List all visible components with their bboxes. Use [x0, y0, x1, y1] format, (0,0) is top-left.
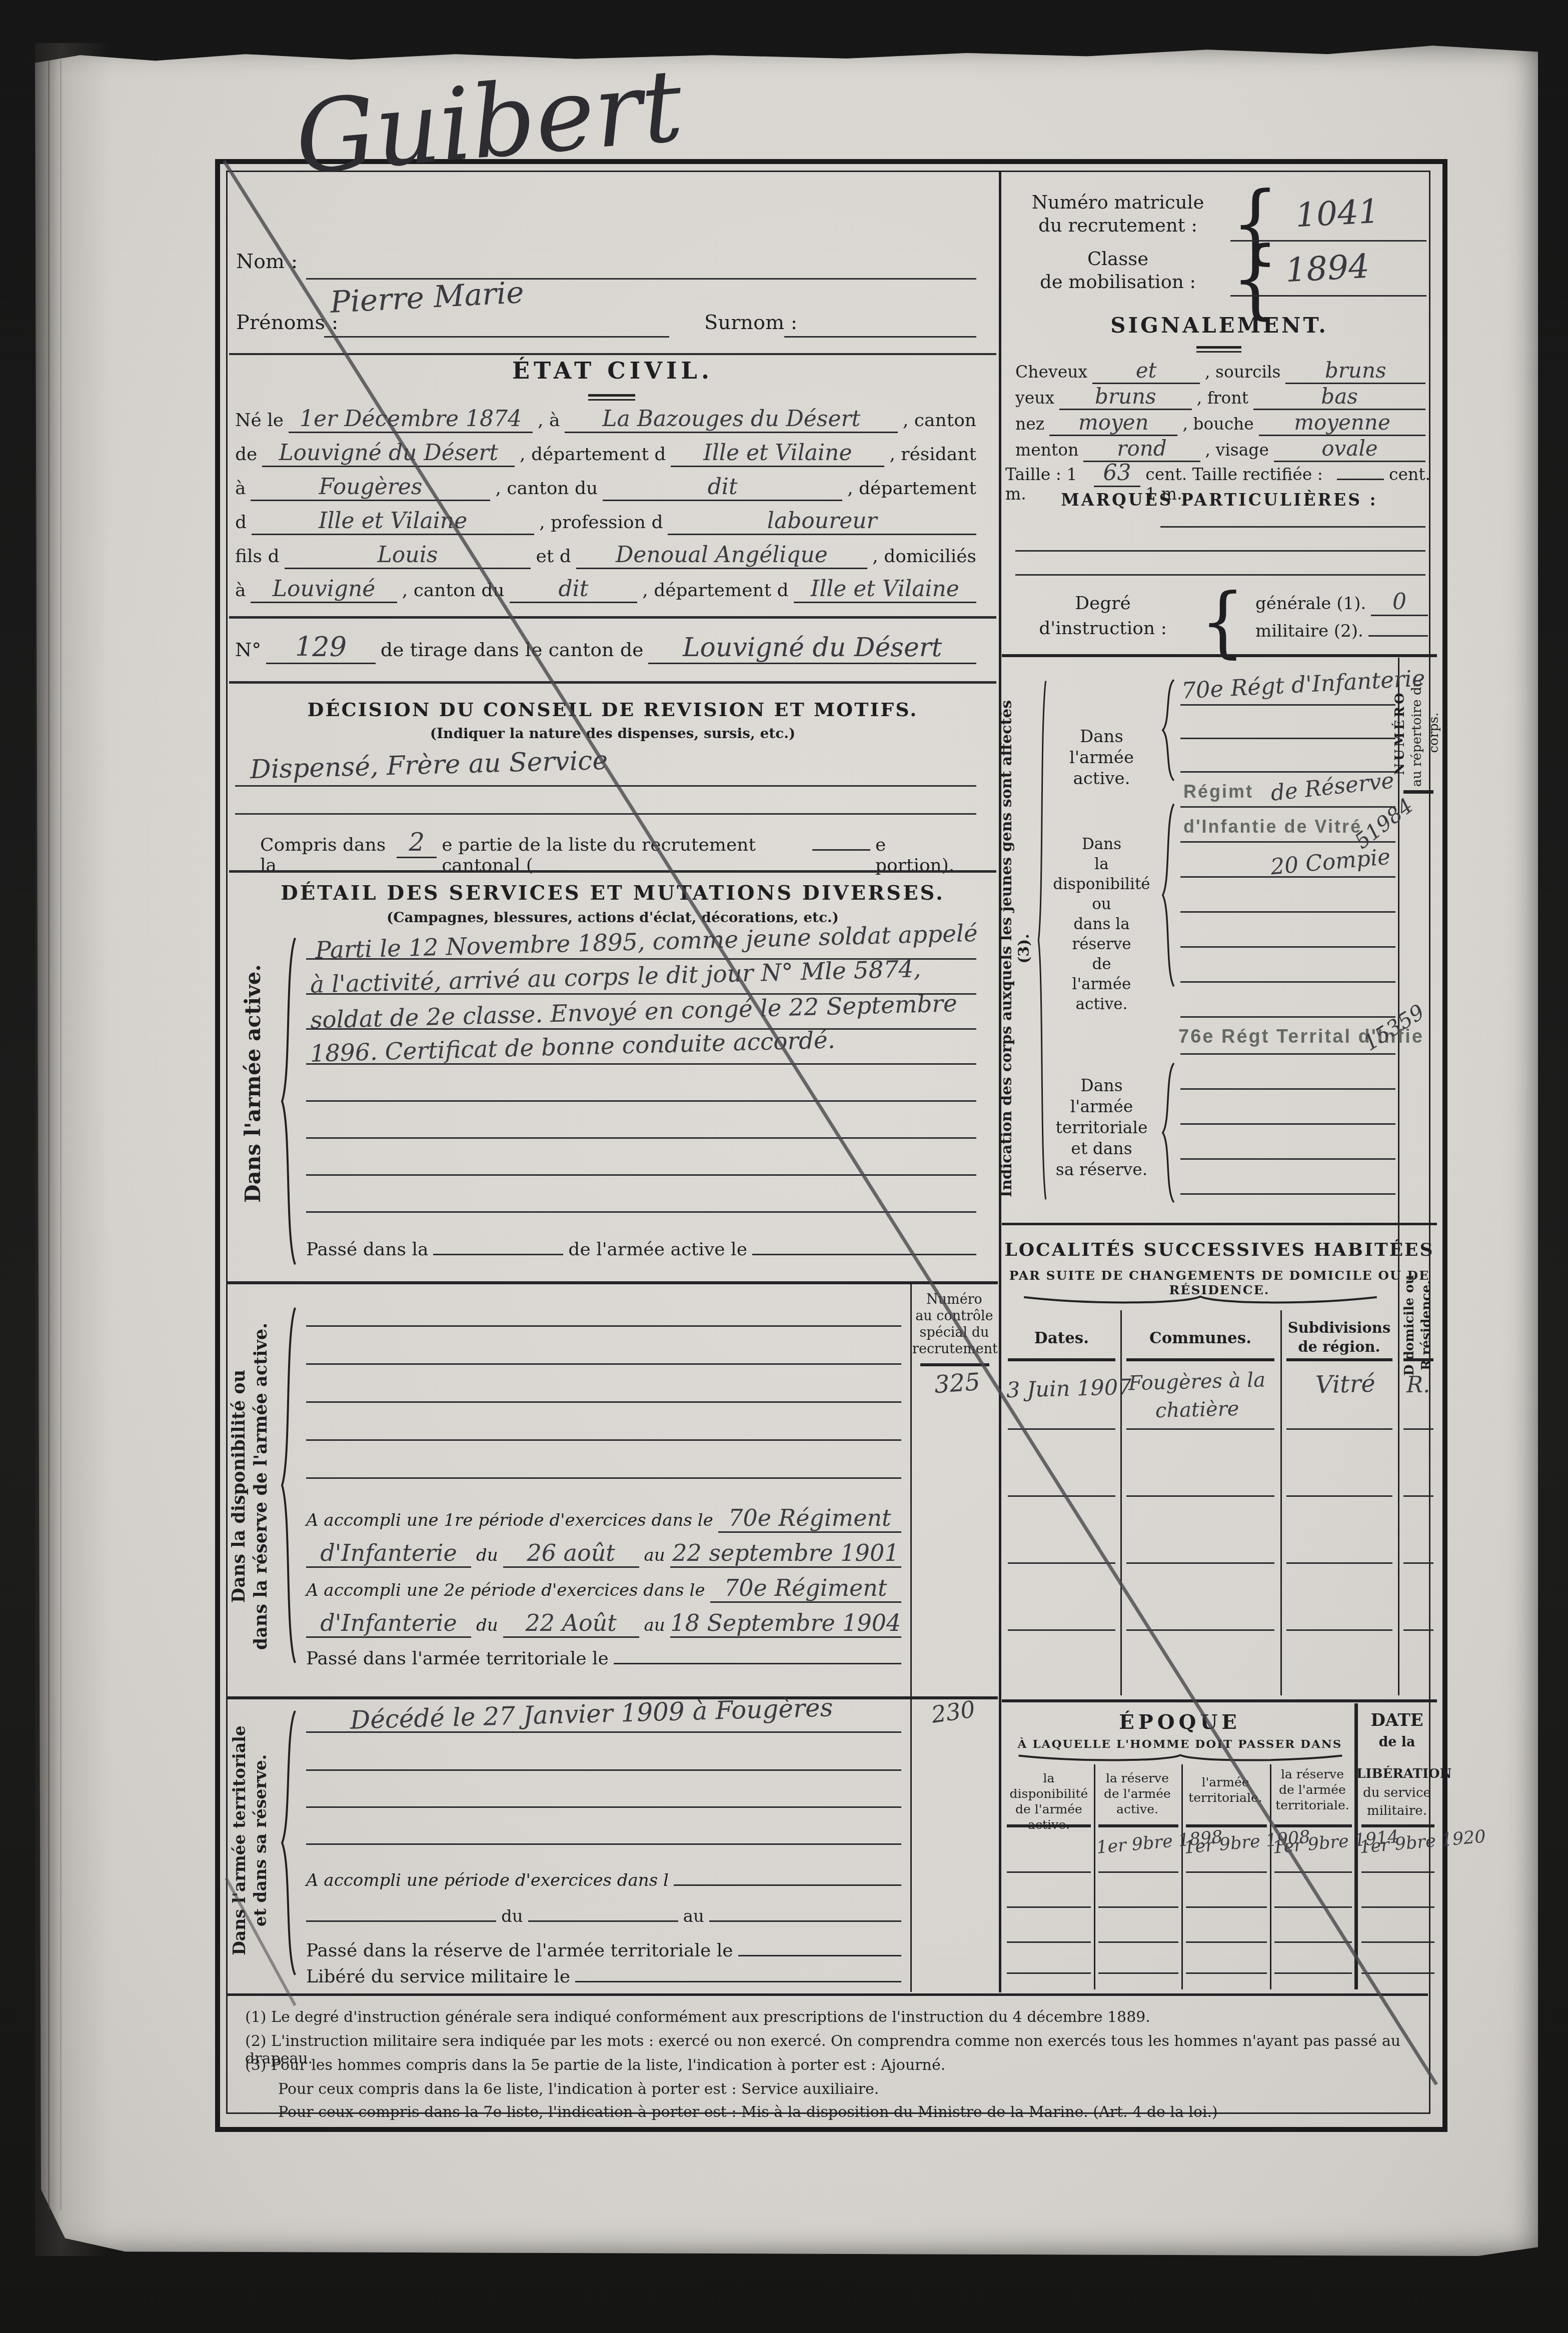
- localites-row-line: [1403, 1629, 1433, 1631]
- l2: de région.: [1285, 1337, 1393, 1356]
- controle-value-1: 325: [933, 1368, 981, 1399]
- signalement-row-yeux: yeux bruns , front bas: [1015, 384, 1425, 410]
- epoque-row-line: [1186, 1906, 1267, 1908]
- etat-civil-ornament: [588, 394, 635, 401]
- controle-h1: Numéro: [912, 1291, 996, 1308]
- value: Ille et Vilaine: [252, 508, 534, 535]
- l3: ou: [1048, 894, 1155, 914]
- label: Passé dans la réserve de l'armée territo…: [306, 1940, 733, 1961]
- compris-portion-blank: [812, 849, 870, 851]
- periode1-row1: A accompli une 1re période d'exercices d…: [306, 1504, 901, 1533]
- etat-civil-title: ÉTAT CIVIL.: [229, 357, 996, 384]
- label: Libéré du service militaire le: [306, 1966, 570, 1987]
- epoque-vline: [1270, 1764, 1271, 1989]
- epoque-date-l2: de la: [1359, 1734, 1434, 1750]
- compris-row: Compris dans la 2 e partie de la liste d…: [260, 828, 960, 876]
- brace-territoriale: [278, 1705, 298, 1980]
- value: Louvigné du Désert: [262, 440, 515, 467]
- blank: [433, 1254, 563, 1255]
- epoque-row-line: [1361, 1871, 1434, 1873]
- libere-row: Libéré du service militaire le: [306, 1966, 901, 1987]
- blank: [738, 1955, 901, 1956]
- matricule-l1: Numéro matricule: [1010, 191, 1225, 214]
- l3: et dans: [1048, 1138, 1155, 1159]
- ruled-line: [1180, 1088, 1395, 1090]
- value: La Bazouges du Désert: [565, 406, 898, 433]
- value: 22 Août: [503, 1609, 639, 1638]
- tirage-no-value: 129: [266, 631, 376, 664]
- classe-value: 1894: [1284, 247, 1370, 290]
- ruled-line: [1180, 806, 1395, 808]
- ruled-line: [1180, 981, 1395, 983]
- controle-h4: recrutement.: [912, 1341, 996, 1357]
- value: Denoual Angélique: [576, 542, 868, 569]
- dispo-side-l1: Dans la disponibilité ou: [228, 1286, 250, 1686]
- ruled-line: [1015, 550, 1425, 552]
- ruled-line: [306, 1137, 976, 1139]
- ruled-line: [306, 1100, 976, 1102]
- epoque-swash: [1015, 1752, 1345, 1763]
- controle-header-rule: [920, 1363, 989, 1366]
- prenoms-underline: [324, 336, 669, 338]
- epoque-date-l3: LIBÉRATION: [1356, 1766, 1436, 1781]
- label: , département d: [520, 444, 666, 465]
- blank: [306, 1920, 496, 1922]
- armee-active-side-label: Dans l'armée active.: [241, 894, 265, 1274]
- label: , sourcils: [1205, 362, 1280, 382]
- brace-corps-active: [1159, 678, 1176, 783]
- value: Fougères: [251, 474, 490, 501]
- epoque-col3-header: l'armée territoriale.: [1184, 1774, 1267, 1805]
- value: 22 septembre 1901: [670, 1539, 901, 1568]
- value: rond: [1083, 436, 1200, 462]
- localites-col-communes: Communes.: [1125, 1329, 1275, 1347]
- signalement-row-cheveux: Cheveux et , sourcils bruns: [1015, 358, 1425, 384]
- label: et d: [536, 546, 571, 567]
- ruled-line: [1180, 1123, 1395, 1125]
- label: au: [683, 1906, 704, 1926]
- controle-header: Numéro au contrôle spécial du recrutemen…: [912, 1291, 996, 1357]
- label: , front: [1197, 388, 1248, 408]
- label: cent.: [1389, 465, 1430, 484]
- localites-row-line: [1403, 1495, 1433, 1497]
- decision-subtitle: (Indiquer la nature des dispenses, sursi…: [229, 725, 996, 742]
- l1: Subdivisions: [1285, 1318, 1393, 1337]
- footnote-5: Pour ceux compris dans la 7e liste, l'in…: [278, 2103, 1423, 2121]
- corps-dispo-label: Dans la disponibilité ou dans la réserve…: [1048, 834, 1155, 1014]
- epoque-date-l4: du service: [1359, 1785, 1434, 1800]
- ruled-line: [306, 1028, 976, 1030]
- epoque-row-line: [1361, 1972, 1434, 1974]
- value: Louis: [285, 542, 531, 569]
- l2: territoriale: [1048, 1117, 1155, 1138]
- block-divider: [228, 1281, 998, 1284]
- footnote-1: (1) Le degré d'instruction générale sera…: [245, 2008, 1420, 2026]
- etat-civil-line6: à Louvigné , canton du dit , département…: [235, 576, 976, 603]
- label: , bouche: [1182, 414, 1254, 434]
- localites-row-line: [1126, 1495, 1274, 1497]
- compris-label-c: e portion).: [875, 835, 960, 876]
- l2: la disponibilité: [1048, 854, 1155, 894]
- value: 0: [1371, 589, 1428, 616]
- ruled-line: [1180, 1053, 1395, 1055]
- value: bruns: [1285, 358, 1425, 384]
- label: du: [476, 1545, 498, 1565]
- localites-row-line: [1008, 1629, 1115, 1631]
- etat-civil-line3: à Fougères , canton du dit , département: [235, 474, 976, 501]
- epoque-row-line: [1007, 1871, 1091, 1873]
- epoque-vline: [1181, 1764, 1183, 1989]
- ruled-line: [306, 1401, 901, 1403]
- localites-row-line: [1008, 1428, 1115, 1430]
- label: , domiciliés: [872, 546, 976, 567]
- blank: [1368, 635, 1428, 637]
- classe-underline: [1230, 295, 1426, 297]
- section-rule: [229, 681, 996, 684]
- ruled-line: [1180, 1016, 1395, 1018]
- localites-row-line: [1008, 1495, 1115, 1497]
- ruled-line: [1180, 911, 1395, 913]
- stamp-regiment-reserve: Régimt: [1183, 781, 1253, 802]
- ruled-line: [306, 1731, 901, 1733]
- label: d: [235, 512, 247, 533]
- epoque-title: ÉPOQUE: [1007, 1710, 1353, 1734]
- tirage-mid-label: de tirage dans le canton de: [381, 639, 644, 661]
- etat-civil-line4: d Ille et Vilaine , profession d laboure…: [235, 508, 976, 535]
- localites-row-line: [1286, 1562, 1392, 1564]
- localites-vline-1: [1120, 1310, 1122, 1695]
- terr-side-l1: Dans l'armée territoriale: [229, 1695, 250, 1985]
- localites-row-date: 3 Juin 1907: [1006, 1375, 1132, 1403]
- localites-row-commune1: Fougères à la: [1128, 1368, 1265, 1395]
- localites-row-line: [1126, 1629, 1274, 1631]
- ruled-line: [1160, 526, 1425, 528]
- du-au-row: du au: [306, 1906, 901, 1926]
- l1: Dans: [1048, 726, 1155, 747]
- epoque-header-rule: [1361, 1824, 1434, 1827]
- taille-value: 63: [1094, 460, 1141, 487]
- services-title: DÉTAIL DES SERVICES ET MUTATIONS DIVERSE…: [229, 881, 996, 905]
- value: 18 Septembre 1904: [670, 1609, 901, 1638]
- value: moyenne: [1259, 410, 1425, 436]
- epoque-row-line: [1007, 1972, 1091, 1974]
- ruled-line: [306, 1211, 976, 1213]
- localites-row-line: [1008, 1562, 1115, 1564]
- epoque-row-line: [1274, 1972, 1352, 1974]
- decision-underline: [235, 785, 976, 787]
- nom-underline: [306, 278, 976, 280]
- epoque-header-rule: [1274, 1824, 1352, 1827]
- epoque-header-rule: [1098, 1824, 1178, 1827]
- section-rule: [229, 870, 996, 873]
- surnom-label: Surnom :: [704, 311, 797, 334]
- localites-swash: [1020, 1293, 1380, 1306]
- label: au: [644, 1545, 665, 1565]
- value: d'Infanterie: [306, 1609, 471, 1638]
- localites-header-rule: [1286, 1358, 1392, 1361]
- l4: dans la réserve: [1048, 914, 1155, 954]
- nom-label: Nom :: [236, 250, 298, 273]
- label: , canton: [903, 410, 976, 431]
- l6: l'armée active.: [1048, 974, 1155, 1014]
- localites-header-rule: [1008, 1358, 1115, 1361]
- epoque-row-line: [1274, 1941, 1352, 1943]
- ruled-line: [306, 1769, 901, 1771]
- l1: Dans l'armée: [1048, 1075, 1155, 1117]
- epoque-row-line: [1098, 1906, 1178, 1908]
- ruled-line: [306, 1063, 976, 1065]
- localites-header-rule: [1126, 1358, 1274, 1361]
- localites-row-commune2: chatière: [1155, 1397, 1239, 1422]
- decision-underline2: [235, 813, 976, 815]
- value: Ille et Vilaine: [794, 576, 976, 603]
- tirage-row: N° 129 de tirage dans le canton de Louvi…: [235, 631, 976, 664]
- localites-row-line: [1126, 1562, 1274, 1564]
- epoque-subtitle: À LAQUELLE L'HOMME DOIT PASSER DANS: [1007, 1737, 1353, 1751]
- label: du: [501, 1906, 523, 1926]
- label: , canton du: [495, 478, 598, 499]
- epoque-row-line: [1098, 1871, 1178, 1873]
- controle-h2: au contrôle: [912, 1308, 996, 1324]
- label: Cheveux: [1015, 362, 1087, 382]
- label: yeux: [1015, 388, 1054, 408]
- label: à: [235, 580, 246, 601]
- matricule-l2: du recrutement :: [1010, 214, 1225, 237]
- right-divider: [1002, 654, 1437, 657]
- value: moyen: [1049, 410, 1177, 436]
- value: ovale: [1274, 436, 1425, 462]
- value: et: [1092, 358, 1200, 384]
- label: menton: [1015, 440, 1078, 460]
- ruled-line: [1015, 574, 1425, 576]
- localites-row-line: [1286, 1629, 1392, 1631]
- epoque-col4-header: la réserve de l'armée territoriale.: [1272, 1766, 1352, 1813]
- value: laboureur: [668, 508, 976, 535]
- territoriale-side-label: Dans l'armée territoriale et dans sa rés…: [229, 1695, 271, 1985]
- dispo-side-l2: dans la réserve de l'armée active.: [250, 1286, 272, 1686]
- value: dit: [510, 576, 638, 603]
- ruled-line: [1180, 704, 1395, 706]
- instruction-label: Degré d'instruction :: [1015, 591, 1190, 641]
- matricule-value: 1041: [1294, 192, 1380, 235]
- passe-territoriale-row: Passé dans l'armée territoriale le: [306, 1648, 901, 1669]
- instruction-brace: {: [1200, 577, 1245, 667]
- ruled-line: [1180, 876, 1395, 878]
- classe-l2: de mobilisation :: [1010, 271, 1225, 294]
- ruled-line: [1180, 1193, 1395, 1195]
- ruled-line: [306, 1363, 901, 1365]
- label: nez: [1015, 414, 1044, 434]
- epoque-row-line: [1361, 1941, 1434, 1943]
- corps-active-label: Dans l'armée active.: [1048, 726, 1155, 789]
- localites-header-rule: [1403, 1358, 1433, 1361]
- brace-dispo: [278, 1300, 298, 1670]
- instruction-generale-row: générale (1). 0: [1255, 589, 1428, 616]
- decision-title: DÉCISION DU CONSEIL DE REVISION ET MOTIF…: [229, 698, 996, 721]
- value: dit: [603, 474, 842, 501]
- brace-armee-active: [278, 931, 298, 1271]
- label: militaire (2).: [1255, 621, 1363, 641]
- epoque-row-line: [1186, 1972, 1267, 1974]
- localites-row-line: [1126, 1428, 1274, 1430]
- localites-row-line: [1403, 1428, 1433, 1430]
- value: Ille et Vilaine: [671, 440, 884, 467]
- ruled-line: [306, 1806, 901, 1808]
- accompli-territoriale-row: A accompli une période d'exercices dans …: [306, 1870, 901, 1890]
- prenoms-label: Prénoms :: [236, 311, 338, 334]
- epoque-row-line: [1007, 1941, 1091, 1943]
- signalement-row-nez: nez moyen , bouche moyenne: [1015, 410, 1425, 436]
- corps-side-label: Indication des corps auxquels les jeunes…: [998, 686, 1033, 1211]
- localites-col-dates: Dates.: [1008, 1329, 1115, 1347]
- tirage-canton-value: Louvigné du Désert: [648, 633, 976, 664]
- corps-territoriale-label: Dans l'armée territoriale et dans sa rés…: [1048, 1075, 1155, 1180]
- l2: l'armée active.: [1048, 747, 1155, 789]
- label: Passé dans la: [306, 1239, 428, 1260]
- epoque-row-line: [1274, 1871, 1352, 1873]
- passe-active-row: Passé dans la de l'armée active le: [306, 1239, 976, 1260]
- periode1-row2: d'Infanterie du 26 août au 22 septembre …: [306, 1539, 901, 1568]
- label: A accompli une 1re période d'exercices d…: [306, 1510, 713, 1530]
- periode2-row2: d'Infanterie du 22 Août au 18 Septembre …: [306, 1609, 901, 1638]
- epoque-date-l5: militaire.: [1359, 1803, 1434, 1818]
- blank: [528, 1920, 678, 1922]
- localites-top-rule: [1002, 1223, 1437, 1225]
- tirage-no-label: N°: [235, 639, 261, 661]
- epoque-row-line: [1274, 1906, 1352, 1908]
- label: fils d: [235, 546, 280, 567]
- localites-vline-2: [1280, 1310, 1282, 1695]
- classe-l1: Classe: [1010, 248, 1225, 271]
- compris-value: 2: [397, 828, 437, 858]
- label: , à: [538, 410, 560, 431]
- brace-corps-territoriale: [1159, 1060, 1176, 1205]
- epoque-row-line: [1361, 1906, 1434, 1908]
- etat-civil-line5: fils d Louis et d Denoual Angélique , do…: [235, 542, 976, 569]
- label: , département: [847, 478, 976, 499]
- label: à: [235, 478, 246, 499]
- section-rule: [229, 616, 996, 619]
- compris-label-b: e partie de la liste du recrutement cant…: [442, 835, 807, 876]
- passe-reserve-territoriale-row: Passé dans la réserve de l'armée territo…: [306, 1940, 901, 1961]
- ruled-line: [306, 1843, 901, 1845]
- classe-label: Classe de mobilisation :: [1010, 248, 1225, 294]
- label: , résidant: [889, 444, 976, 465]
- epoque-row-line: [1186, 1871, 1267, 1873]
- blank: [709, 1920, 901, 1922]
- ruled-line: [306, 1477, 901, 1479]
- ruled-line: [306, 1174, 976, 1176]
- blank: [575, 1981, 901, 1982]
- label: générale (1).: [1255, 594, 1366, 614]
- value: 70e Régiment: [710, 1574, 901, 1603]
- blank: [674, 1884, 901, 1886]
- localites-row-line: [1286, 1495, 1392, 1497]
- label: , profession d: [539, 512, 663, 533]
- signalement-row-menton: menton rond , visage ovale: [1015, 436, 1425, 462]
- repertoire-tick: [1403, 790, 1433, 794]
- value: d'Infanterie: [306, 1539, 471, 1568]
- footnote-4: Pour ceux compris dans la 6e liste, l'in…: [278, 2080, 1423, 2098]
- epoque-col1-header: la disponibilité de l'armée active.: [1007, 1770, 1091, 1832]
- etat-civil-line2: de Louvigné du Désert , département d Il…: [235, 440, 976, 467]
- corps-side-brace: [1036, 670, 1047, 1210]
- label: A accompli une période d'exercices dans …: [306, 1870, 669, 1890]
- value: 1er Décembre 1874: [289, 406, 533, 433]
- epoque-date-l1: DATE: [1359, 1710, 1434, 1730]
- epoque-row-line: [1098, 1941, 1178, 1943]
- epoque-row-line: [1186, 1941, 1267, 1943]
- localites-row-dr: R.: [1406, 1372, 1430, 1398]
- epoque-row-line: [1007, 1906, 1091, 1908]
- localites-row-line: [1286, 1428, 1392, 1430]
- epoque-vline: [1094, 1764, 1095, 1989]
- label: , visage: [1205, 440, 1269, 460]
- page-edge-line: [60, 60, 62, 2210]
- value: 26 août: [503, 1539, 639, 1568]
- label: de l'armée active le: [568, 1239, 747, 1260]
- value: bas: [1253, 384, 1425, 410]
- value: bruns: [1059, 384, 1192, 410]
- localites-col-subdivisions: Subdivisions de région.: [1285, 1318, 1393, 1356]
- instruction-l1: Degré: [1015, 591, 1190, 616]
- scanned-register-page: Guibert Nom : Pierre Marie Prénoms : Sur…: [0, 0, 1568, 2333]
- book-spine-shadow: [35, 43, 110, 2256]
- signalement-title: SIGNALEMENT.: [1002, 313, 1437, 338]
- page-edge-line: [48, 60, 50, 2210]
- label: , département d: [642, 580, 788, 601]
- matricule-label: Numéro matricule du recrutement :: [1010, 191, 1225, 237]
- localites-title: LOCALITÉS SUCCESSIVES HABITÉES: [1002, 1239, 1437, 1260]
- instruction-l2: d'instruction :: [1015, 616, 1190, 641]
- label: Passé dans l'armée territoriale le: [306, 1648, 609, 1669]
- blank: [614, 1663, 901, 1664]
- label: A accompli une 2e période d'exercices da…: [306, 1580, 705, 1600]
- terr-side-l2: et dans sa réserve.: [250, 1695, 271, 1985]
- ruled-line: [1180, 946, 1395, 948]
- label: , canton du: [402, 580, 505, 601]
- epoque-header-rule: [1186, 1824, 1267, 1827]
- ruled-line: [1180, 1158, 1395, 1160]
- label: au: [644, 1615, 665, 1635]
- ruled-line: [306, 1439, 901, 1441]
- stamp-infanterie-vitre: d'Infantie de Vitré: [1183, 816, 1362, 837]
- epoque-col2-header: la réserve de l'armée active.: [1096, 1770, 1178, 1817]
- l1: Dans: [1048, 834, 1155, 854]
- header-divider: [229, 353, 996, 355]
- dispo-side-label: Dans la disponibilité ou dans la réserve…: [228, 1286, 272, 1686]
- blank: [1337, 479, 1384, 480]
- controle-column-line: [910, 1281, 912, 1992]
- l4: sa réserve.: [1048, 1159, 1155, 1180]
- footnotes-top-rule: [228, 1993, 1428, 1996]
- signalement-ornament: [1196, 346, 1241, 353]
- label: de: [235, 444, 257, 465]
- controle-h3: spécial du: [912, 1324, 996, 1341]
- epoque-row-line: [1098, 1972, 1178, 1974]
- value: Louvigné: [251, 576, 397, 603]
- instruction-militaire-row: militaire (2).: [1255, 621, 1428, 641]
- ruled-line: [306, 1325, 901, 1327]
- l5: de: [1048, 954, 1155, 974]
- footnote-3: (3) Pour les hommes compris dans la 5e p…: [245, 2056, 1420, 2074]
- compris-label-a: Compris dans la: [260, 835, 392, 876]
- etat-civil-line1: Né le 1er Décembre 1874 , à La Bazouges …: [235, 406, 976, 433]
- label: Né le: [235, 410, 284, 431]
- localites-row-line: [1403, 1562, 1433, 1564]
- brace-corps-dispo: [1159, 800, 1176, 990]
- marques-title: MARQUES PARTICULIÈRES :: [1002, 490, 1437, 510]
